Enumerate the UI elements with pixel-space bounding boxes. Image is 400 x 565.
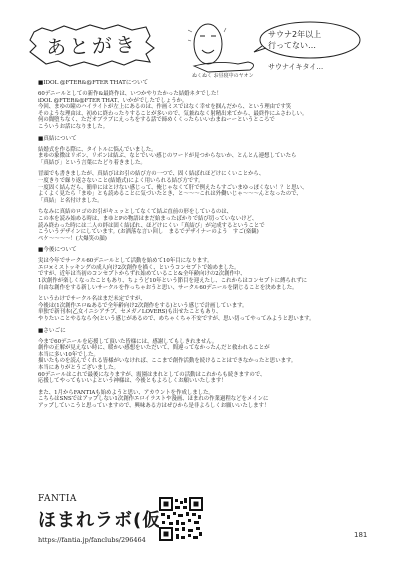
section-heading: ■さいごに <box>38 328 370 335</box>
fanclub-url-link[interactable]: https://fantia.jp/fanclubs/296464 <box>38 536 170 544</box>
paragraph: 今まで60デニールを応援して頂いた皆様には、感謝してもしきれません。 創作の正解… <box>38 339 370 385</box>
paragraph: というわけでサークル名はまだ未定ですが、 今後は(1次創作エロ&あるで全年齢向け… <box>38 296 370 322</box>
section-idol-after: ■IDOL @FTER&@FTER THATについて 60デニールとしての新作&… <box>38 80 370 131</box>
afterword-title-burst: あとがき <box>28 22 156 68</box>
paragraph: また、1月からFANTIAも始めようと思い、アカウントを作成しました。 こちらは… <box>38 390 370 410</box>
section-heading: ■IDOL @FTER&@FTER THATについて <box>38 80 370 87</box>
bubble-line-1: サウナ2年以上 <box>268 29 321 40</box>
section-shinketsu: ■真結について 結婚式を作る際に、タイトルに悩んでいました。 まゆの象徴はリボン… <box>38 136 370 243</box>
section-future: ■今後について 実は今年でサークル60デニールとして活動を始めて10年目になりま… <box>38 247 370 322</box>
bubble-line-2: 行ってない… <box>268 40 321 51</box>
speech-bubble-text: サウナ2年以上 行ってない… <box>268 29 321 51</box>
paragraph: 結婚式を作る際に、タイトルに悩んでいました。 まゆの象徴はリボン、リボンは結ぶ、… <box>38 147 370 167</box>
afterword-body: ■IDOL @FTER&@FTER THATについて 60デニールとしての新作&… <box>38 80 370 415</box>
paragraph: 60デニールとしての新作&最終作は、いつかやりたかった結婚ネタでした！ iDOL… <box>38 91 370 131</box>
bubble-line-3: サウナイキタイ… <box>268 62 323 72</box>
section-heading: ■今後について <box>38 247 370 254</box>
doodle-caption: ぬくぬく お昼寝中のヤオン <box>192 72 254 79</box>
paragraph: 実は今年でサークル60デニールとして活動を始めて10年目になります。 エロ×ミス… <box>38 258 370 291</box>
fanclub-name: ほまれラボ(仮) <box>38 506 170 532</box>
qr-code-icon[interactable] <box>159 497 203 541</box>
afterword-title: あとがき <box>28 28 157 61</box>
fantia-block: FANTIA ほまれラボ(仮) https://fantia.jp/fanclu… <box>38 494 170 544</box>
page-number: 181 <box>354 531 367 539</box>
section-finally: ■さいごに 今まで60デニールを応援して頂いた皆様には、感謝してもしきれません。… <box>38 328 370 410</box>
paragraph: 冒頭でも書きましたが、真結びはお引の結び方の一つで、固く結ばれほどけにくいことか… <box>38 171 370 204</box>
paragraph: ちなみに真結のロゴのお引がキュッとしてなくて結ぶ直前の形をしているのは、 この本… <box>38 209 370 242</box>
fantia-label: FANTIA <box>38 494 170 504</box>
section-heading: ■真結について <box>38 136 370 143</box>
